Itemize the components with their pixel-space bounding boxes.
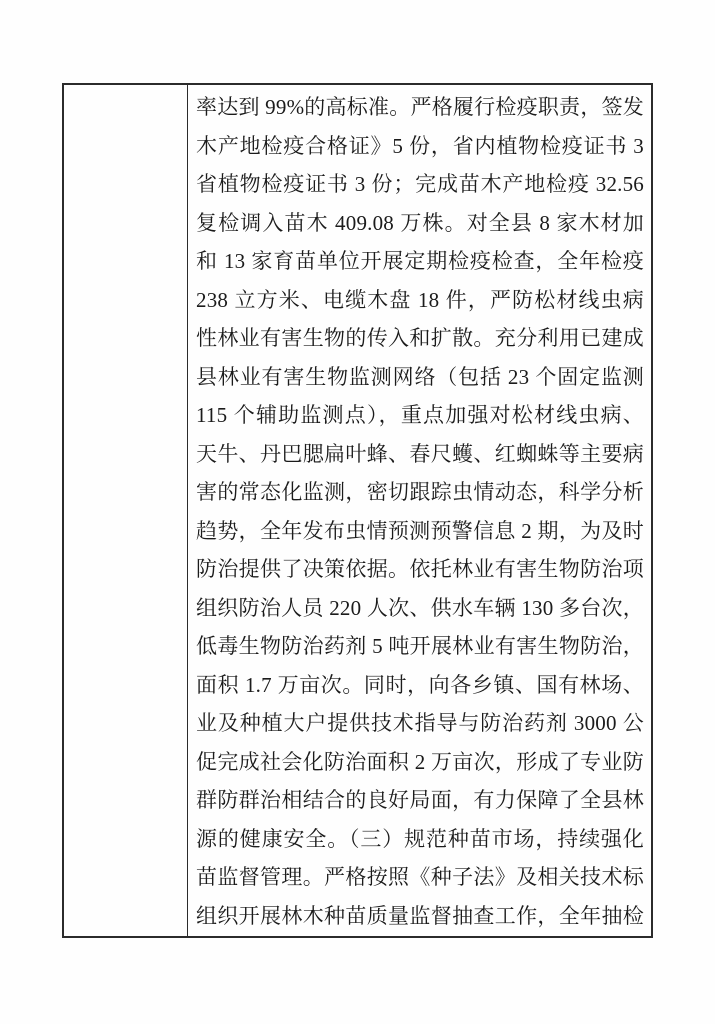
table-right-cell: 率达到 99%的高标准。严格履行检疫职责，签发《苗木产地检疫合格证》5 份，省内… [188, 85, 651, 936]
text-line: 防治提供了决策依据。依托林业有害生物防治项目， [196, 550, 644, 589]
text-line: 省植物检疫证书 3 份；完成苗木产地检疫 32.56 万株， [196, 165, 644, 204]
text-line: 率达到 99%的高标准。严格履行检疫职责，签发《苗 [196, 88, 644, 127]
text-line: 害的常态化监测，密切跟踪虫情动态，科学分析发生 [196, 473, 644, 512]
text-line: 低毒生物防治药剂 5 吨开展林业有害生物防治，防治 [196, 627, 644, 666]
text-line: 组织防治人员 220 人次、供水车辆 130 多台次，使用 [196, 589, 644, 628]
document-table: 率达到 99%的高标准。严格履行检疫职责，签发《苗木产地检疫合格证》5 份，省内… [62, 83, 653, 938]
body-text: 率达到 99%的高标准。严格履行检疫职责，签发《苗木产地检疫合格证》5 份，省内… [196, 88, 644, 935]
text-line: 和 13 家育苗单位开展定期检疫检查，全年检疫木材 [196, 242, 644, 281]
text-line: 115 个辅助监测点），重点加强对松材线虫病、黄斑星 [196, 396, 644, 435]
text-line: 木产地检疫合格证》5 份，省内植物检疫证书 3 份，出 [196, 127, 644, 166]
text-line: 性林业有害生物的传入和扩散。充分利用已建成的全 [196, 319, 644, 358]
document-page: 率达到 99%的高标准。严格履行检疫职责，签发《苗木产地检疫合格证》5 份，省内… [0, 0, 715, 1024]
text-line: 复检调入苗木 409.08 万株。对全县 8 家木材加工企业 [196, 204, 644, 243]
text-line: 趋势，全年发布虫情预测预警信息 2 期，为及时开展 [196, 512, 644, 551]
text-line: 238 立方米、电缆木盘 18 件，严防松材线虫病等危险 [196, 281, 644, 320]
text-line: 促完成社会化防治面积 2 万亩次，形成了专业防治与 [196, 743, 644, 782]
text-line: 面积 1.7 万亩次。同时，向各乡镇、国有林场、林果企 [196, 666, 644, 705]
text-line: 业及种植大户提供技术指导与防治药剂 3000 公斤，督 [196, 704, 644, 743]
text-line: 苗监督管理。严格按照《种子法》及相关技术标准， [196, 858, 644, 897]
text-line: 天牛、丹巴腮扁叶蜂、春尺蠖、红蜘蛛等主要病虫鼠 [196, 435, 644, 474]
text-line: 源的健康安全。（三）规范种苗市场，持续强化林木种 [196, 820, 644, 859]
text-line: 县林业有害生物监测网络（包括 23 个固定监测点和 [196, 358, 644, 397]
table-left-cell [64, 85, 188, 936]
text-line: 群防群治相结合的良好局面，有力保障了全县林草资 [196, 781, 644, 820]
text-line: 组织开展林木种苗质量监督抽查工作，全年抽检造林 [196, 897, 644, 936]
